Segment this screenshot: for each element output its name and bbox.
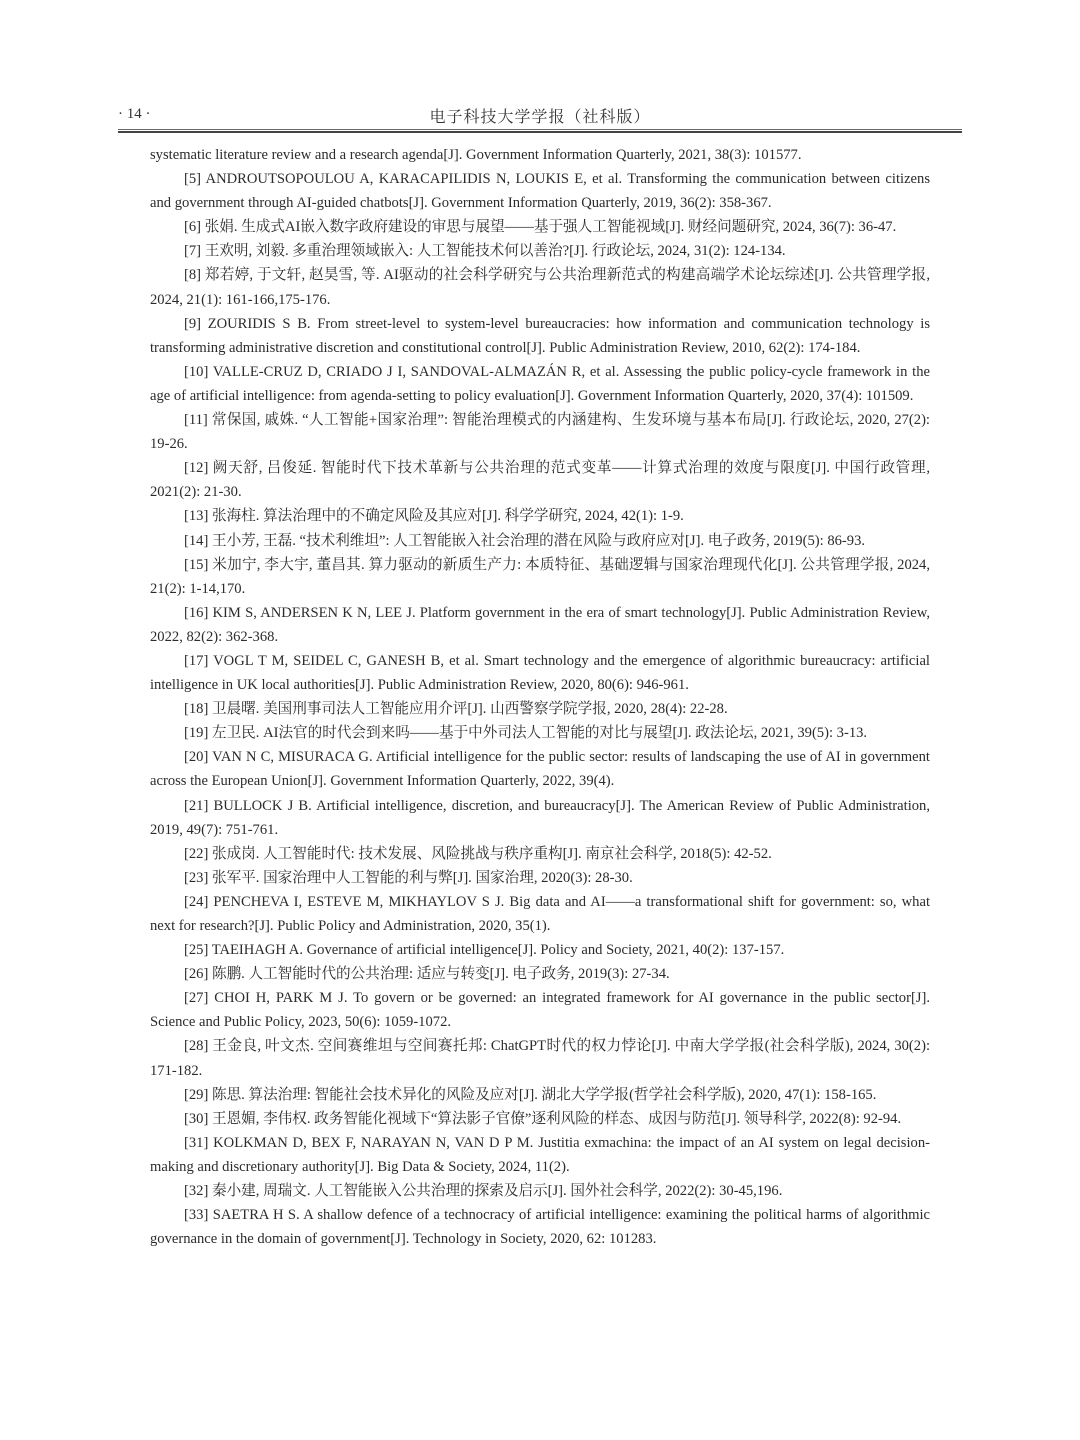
reference-entry: [16] KIM S, ANDERSEN K N, LEE J. Platfor… — [150, 601, 930, 649]
reference-entry: [19] 左卫民. AI法官的时代会到来吗——基于中外司法人工智能的对比与展望[… — [150, 721, 930, 745]
reference-number: [22] — [184, 846, 208, 862]
reference-entry: [13] 张海柱. 算法治理中的不确定风险及其应对[J]. 科学学研究, 202… — [150, 504, 930, 528]
reference-entry: [23] 张军平. 国家治理中人工智能的利与弊[J]. 国家治理, 2020(3… — [150, 866, 930, 890]
reference-text: SAETRA H S. A shallow defence of a techn… — [150, 1207, 930, 1247]
reference-entry: [10] VALLE-CRUZ D, CRIADO J I, SANDOVAL-… — [150, 360, 930, 408]
reference-entry: [17] VOGL T M, SEIDEL C, GANESH B, et al… — [150, 649, 930, 697]
reference-number: [15] — [184, 557, 208, 573]
reference-text: VOGL T M, SEIDEL C, GANESH B, et al. Sma… — [150, 653, 930, 693]
reference-entry: [31] KOLKMAN D, BEX F, NARAYAN N, VAN D … — [150, 1131, 930, 1179]
reference-text: 张成岗. 人工智能时代: 技术发展、风险挑战与秩序重构[J]. 南京社会科学, … — [212, 846, 772, 862]
reference-text: 卫晨曙. 美国刑事司法人工智能应用介评[J]. 山西警察学院学报, 2020, … — [212, 701, 728, 717]
reference-number: [14] — [184, 533, 208, 549]
reference-number: [6] — [184, 219, 201, 235]
reference-number: [33] — [184, 1207, 208, 1223]
reference-entry: [7] 王欢明, 刘毅. 多重治理领域嵌入: 人工智能技术何以善治?[J]. 行… — [150, 239, 930, 263]
reference-text: 常保国, 戚姝. “人工智能+国家治理”: 智能治理模式的内涵建构、生发环境与基… — [150, 412, 930, 452]
reference-number: [21] — [184, 798, 208, 814]
reference-number: [23] — [184, 870, 208, 886]
reference-number: [12] — [184, 460, 208, 476]
reference-entry: [22] 张成岗. 人工智能时代: 技术发展、风险挑战与秩序重构[J]. 南京社… — [150, 842, 930, 866]
reference-text: 陈鹏. 人工智能时代的公共治理: 适应与转变[J]. 电子政务, 2019(3)… — [212, 966, 670, 982]
reference-entry: [14] 王小芳, 王磊. “技术利维坦”: 人工智能嵌入社会治理的潜在风险与政… — [150, 529, 930, 553]
reference-entry: [15] 米加宁, 李大宇, 董昌其. 算力驱动的新质生产力: 本质特征、基础逻… — [150, 553, 930, 601]
reference-text: 王恩媚, 李伟权. 政务智能化视域下“算法影子官僚”逐利风险的样态、成因与防范[… — [212, 1111, 901, 1127]
reference-number: [30] — [184, 1111, 208, 1127]
reference-text: systematic literature review and a resea… — [150, 147, 801, 163]
reference-text: KOLKMAN D, BEX F, NARAYAN N, VAN D P M. … — [150, 1135, 930, 1175]
reference-text: TAEIHAGH A. Governance of artificial int… — [212, 942, 785, 958]
journal-title: 电子科技大学学报（社科版） — [118, 104, 962, 127]
reference-entry: [27] CHOI H, PARK M J. To govern or be g… — [150, 986, 930, 1034]
reference-text: 左卫民. AI法官的时代会到来吗——基于中外司法人工智能的对比与展望[J]. 政… — [212, 725, 867, 741]
reference-text: 张海柱. 算法治理中的不确定风险及其应对[J]. 科学学研究, 2024, 42… — [212, 508, 684, 524]
reference-entry: [20] VAN N C, MISURACA G. Artificial int… — [150, 745, 930, 793]
reference-entry: [33] SAETRA H S. A shallow defence of a … — [150, 1203, 930, 1251]
reference-entry: [5] ANDROUTSOPOULOU A, KARACAPILIDIS N, … — [150, 167, 930, 215]
reference-entry: [28] 王金良, 叶文杰. 空间赛维坦与空间赛托邦: ChatGPT时代的权力… — [150, 1034, 930, 1082]
reference-text: KIM S, ANDERSEN K N, LEE J. Platform gov… — [150, 605, 930, 645]
reference-entry: [8] 郑若婷, 于文轩, 赵昊雪, 等. AI驱动的社会科学研究与公共治理新范… — [150, 263, 930, 311]
reference-entry: [6] 张娟. 生成式AI嵌入数字政府建设的审思与展望——基于强人工智能视域[J… — [150, 215, 930, 239]
reference-text: 郑若婷, 于文轩, 赵昊雪, 等. AI驱动的社会科学研究与公共治理新范式的构建… — [150, 267, 930, 307]
reference-text: CHOI H, PARK M J. To govern or be govern… — [150, 990, 930, 1030]
reference-text: 秦小建, 周瑞文. 人工智能嵌入公共治理的探索及启示[J]. 国外社会科学, 2… — [212, 1183, 782, 1199]
reference-entry: systematic literature review and a resea… — [150, 143, 930, 167]
reference-entry: [24] PENCHEVA I, ESTEVE M, MIKHAYLOV S J… — [150, 890, 930, 938]
reference-text: 米加宁, 李大宇, 董昌其. 算力驱动的新质生产力: 本质特征、基础逻辑与国家治… — [150, 557, 930, 597]
reference-entry: [26] 陈鹏. 人工智能时代的公共治理: 适应与转变[J]. 电子政务, 20… — [150, 962, 930, 986]
header-rule — [118, 129, 962, 133]
reference-entry: [9] ZOURIDIS S B. From street-level to s… — [150, 312, 930, 360]
reference-number: [32] — [184, 1183, 208, 1199]
reference-number: [5] — [184, 171, 201, 187]
reference-number: [26] — [184, 966, 208, 982]
reference-number: [29] — [184, 1087, 208, 1103]
reference-number: [28] — [184, 1038, 208, 1054]
reference-number: [17] — [184, 653, 208, 669]
reference-entry: [32] 秦小建, 周瑞文. 人工智能嵌入公共治理的探索及启示[J]. 国外社会… — [150, 1179, 930, 1203]
reference-text: 阙天舒, 吕俊延. 智能时代下技术革新与公共治理的范式变革——计算式治理的效度与… — [150, 460, 930, 500]
reference-entry: [29] 陈思. 算法治理: 智能社会技术异化的风险及应对[J]. 湖北大学学报… — [150, 1083, 930, 1107]
reference-text: 王小芳, 王磊. “技术利维坦”: 人工智能嵌入社会治理的潜在风险与政府应对[J… — [212, 533, 865, 549]
reference-entry: [30] 王恩媚, 李伟权. 政务智能化视域下“算法影子官僚”逐利风险的样态、成… — [150, 1107, 930, 1131]
reference-entry: [12] 阙天舒, 吕俊延. 智能时代下技术革新与公共治理的范式变革——计算式治… — [150, 456, 930, 504]
reference-entry: [21] BULLOCK J B. Artificial intelligenc… — [150, 794, 930, 842]
reference-number: [19] — [184, 725, 208, 741]
reference-text: 王欢明, 刘毅. 多重治理领域嵌入: 人工智能技术何以善治?[J]. 行政论坛,… — [205, 243, 786, 259]
reference-text: ZOURIDIS S B. From street-level to syste… — [150, 316, 930, 356]
reference-number: [10] — [184, 364, 208, 380]
reference-text: PENCHEVA I, ESTEVE M, MIKHAYLOV S J. Big… — [150, 894, 930, 934]
reference-text: ANDROUTSOPOULOU A, KARACAPILIDIS N, LOUK… — [150, 171, 930, 211]
reference-number: [13] — [184, 508, 208, 524]
reference-text: BULLOCK J B. Artificial intelligence, di… — [150, 798, 930, 838]
reference-text: 陈思. 算法治理: 智能社会技术异化的风险及应对[J]. 湖北大学学报(哲学社会… — [212, 1087, 876, 1103]
reference-number: [8] — [184, 267, 201, 283]
reference-number: [7] — [184, 243, 201, 259]
reference-list: systematic literature review and a resea… — [150, 143, 930, 1251]
reference-text: VAN N C, MISURACA G. Artificial intellig… — [150, 749, 930, 789]
reference-number: [31] — [184, 1135, 208, 1151]
reference-text: 张娟. 生成式AI嵌入数字政府建设的审思与展望——基于强人工智能视域[J]. 财… — [205, 219, 897, 235]
reference-number: [9] — [184, 316, 201, 332]
reference-number: [20] — [184, 749, 208, 765]
reference-text: 张军平. 国家治理中人工智能的利与弊[J]. 国家治理, 2020(3): 28… — [212, 870, 633, 886]
reference-text: VALLE-CRUZ D, CRIADO J I, SANDOVAL-ALMAZ… — [150, 364, 930, 404]
reference-entry: [18] 卫晨曙. 美国刑事司法人工智能应用介评[J]. 山西警察学院学报, 2… — [150, 697, 930, 721]
reference-entry: [11] 常保国, 戚姝. “人工智能+国家治理”: 智能治理模式的内涵建构、生… — [150, 408, 930, 456]
reference-number: [16] — [184, 605, 208, 621]
reference-text: 王金良, 叶文杰. 空间赛维坦与空间赛托邦: ChatGPT时代的权力悖论[J]… — [150, 1038, 930, 1078]
reference-number: [18] — [184, 701, 208, 717]
reference-number: [27] — [184, 990, 208, 1006]
reference-number: [25] — [184, 942, 208, 958]
page-header: · 14 · 电子科技大学学报（社科版） — [118, 104, 962, 128]
reference-entry: [25] TAEIHAGH A. Governance of artificia… — [150, 938, 930, 962]
reference-number: [11] — [184, 412, 208, 428]
reference-number: [24] — [184, 894, 208, 910]
